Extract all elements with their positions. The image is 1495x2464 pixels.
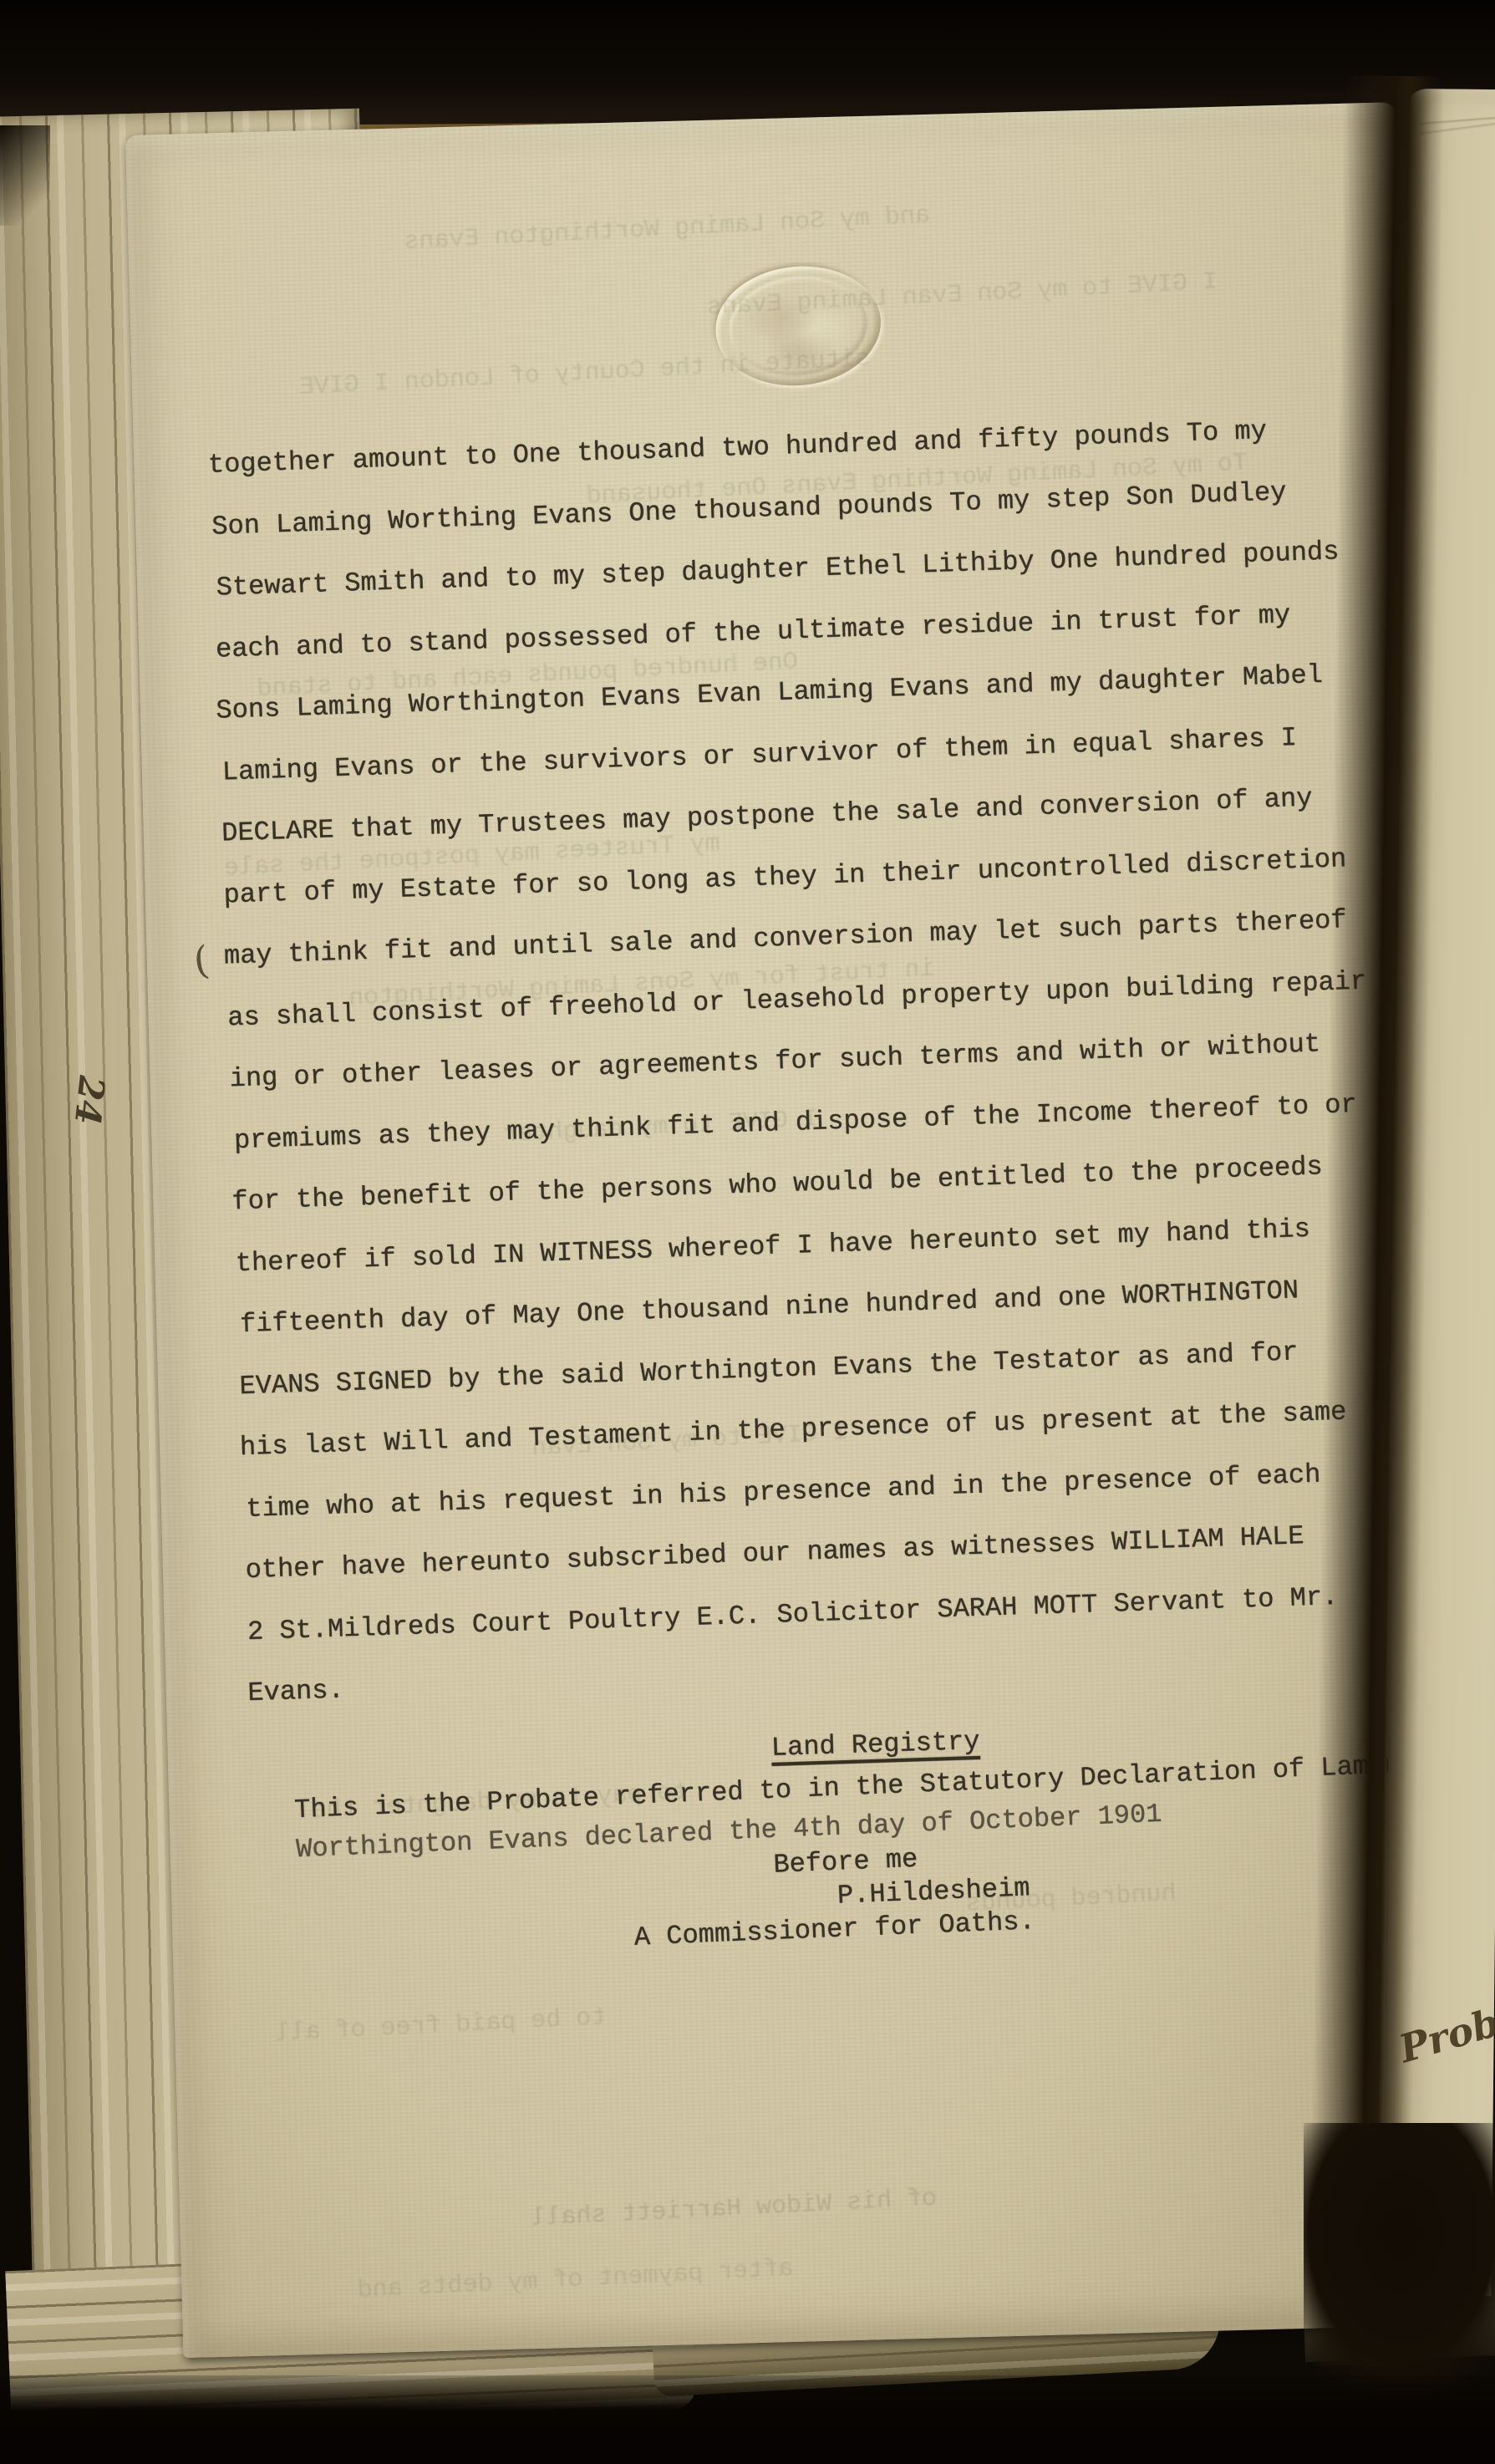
typewritten-will-text: together amount to One thousand two hund… [209, 397, 1427, 1965]
gutter-bottom-shadow [1304, 2123, 1495, 2399]
page-edge-ink-scribble: 24 [67, 1074, 113, 1127]
bleedthrough-text: and my Son Laming Worthington Evans [404, 201, 931, 257]
bleedthrough-text: after payment of my debts and [357, 2255, 794, 2305]
bleedthrough-text: of his Widow Harriett shall [531, 2185, 938, 2234]
bleedthrough-text: to be paid free of all [275, 2003, 607, 2049]
margin-paren-mark: ( [191, 937, 211, 984]
probate-page: and my Son Laming Worthington Evans I GI… [125, 102, 1455, 2358]
attestation-block: This is the Probate referred to in the S… [293, 1743, 1428, 1968]
photo-bottom-dark-area [0, 2375, 1495, 2464]
probate-volume-photograph: 24 Probate 10.01 and my Son Laming Worth… [0, 0, 1495, 2464]
top-left-shadow [0, 125, 50, 226]
bleedthrough-text: situate in the County of London I GIVE [298, 344, 871, 402]
